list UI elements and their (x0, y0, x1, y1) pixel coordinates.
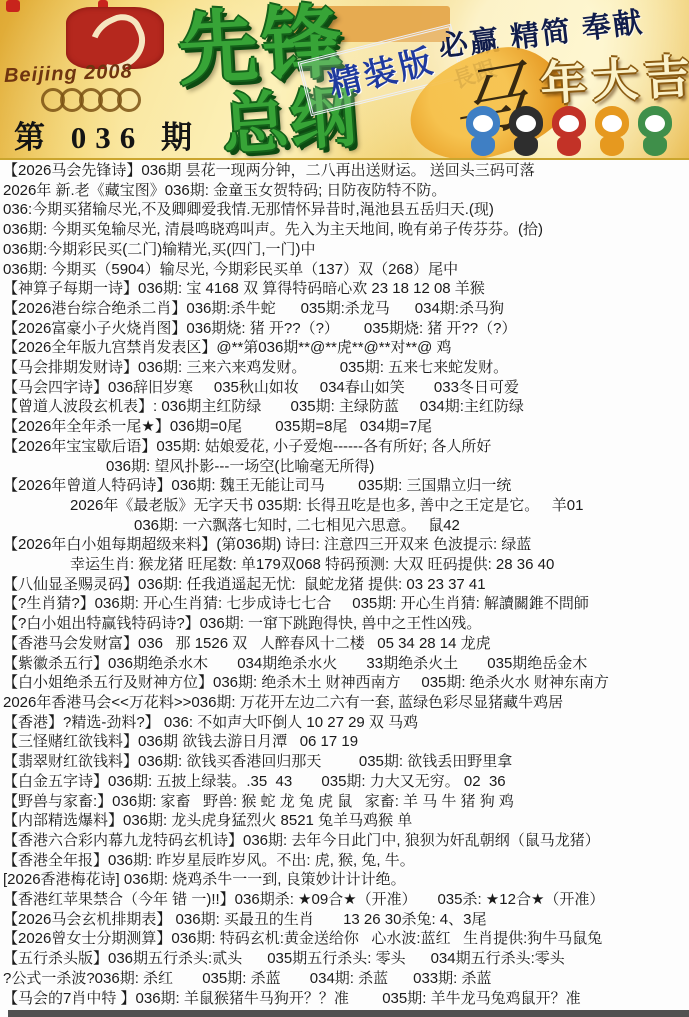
header-banner: Beijing 2008 第 036 期 先锋 总纲 精装版 必赢 精简 奉献 … (0, 0, 689, 160)
fuwa-beibei-icon (466, 106, 500, 156)
text-line: 036期: 今期买（5904）输尽光, 今期彩民买单（137）双（268）尾中 (0, 260, 689, 280)
text-line: 【曾道人波段玄机表】: 036期主红防绿 035期: 主绿防蓝 034期:主红防… (0, 397, 689, 417)
text-line: 【三怪赌红欲钱料】036期 欲钱去游日月潭 06 17 19 (0, 732, 689, 752)
olympic-rings-icon (46, 88, 141, 112)
fuwa-mascots-row (466, 106, 672, 156)
text-line: 【白金五字诗】036期: 五披上绿装。.35 43 035期: 力大又无穷。 0… (0, 772, 689, 792)
text-line: 【内部精选爆料】036期: 龙头虎身猛烈火 8521 兔羊马鸡猴 单 (0, 811, 689, 831)
text-line: 【?生肖猜?】036期: 开心生肖猜: 七步成诗七七合 035期: 开心生肖猜:… (0, 594, 689, 614)
text-line: 【2026马会先锋诗】036期 昙花一现两分钟，二八再出送财运。 送回头三码可落 (0, 161, 689, 181)
text-line: 【2026曾女士分期测算】036期: 特码玄机:黄金送给你 心水波:蓝红 生肖提… (0, 929, 689, 949)
text-line: 2026年《最老版》无字天书 035期: 长得丑吃是也多, 善中之王定是它。 羊… (0, 496, 689, 516)
fuwa-jingjing-icon (509, 106, 543, 156)
tip-sheet-page: Beijing 2008 第 036 期 先锋 总纲 精装版 必赢 精简 奉献 … (0, 0, 689, 1017)
text-line: 【2026全年版九宫禁肖发表区】@**第036期**@**虎**@**对**@ … (0, 338, 689, 358)
new-year-greeting: 年大吉 (538, 40, 689, 114)
text-line: 【白小姐绝杀五行及财神方位】036期: 绝杀木土 财神西南方 035期: 绝杀火… (0, 673, 689, 693)
text-line: 【香港六合彩内幕九龙特码玄机诗】036期: 去年今日此门中, 狼狈为奸乱朝纲（鼠… (0, 831, 689, 851)
text-line: 【2026富豪小子火烧肖图】036期烧: 猪 开??（?） 035期烧: 猪 开… (0, 319, 689, 339)
text-line: 036:今期买猪输尽光,不及卿卿爱我情.无那情怀异昔时,渑池县五岳归天.(现) (0, 200, 689, 220)
bottom-edge-bar (8, 1010, 689, 1017)
text-line: [2026香港梅花诗] 036期: 烧鸡杀牛一一到, 良策妙计计计绝。 (0, 870, 689, 890)
text-line: 【香港全年报】036期: 昨岁星辰昨岁风。不出: 虎, 猴, 兔, 牛。 (0, 851, 689, 871)
text-line: 【香港】?精选-劲料?】 036: 不如声大吓倒人 10 27 29 双 马鸡 (0, 713, 689, 733)
text-line: 【2026年全年杀一尾★】036期=0尾 035期=8尾 034期=7尾 (0, 417, 689, 437)
red-ornament-icon (6, 0, 20, 12)
text-line: 2026年 新.老《藏宝图》036期: 金童玉女贺特码; 日防夜防特不防。 (0, 181, 689, 201)
text-line: 2026年香港马会<<万花料>>036期: 万花开左边二六有一套, 蓝绿色彩尽显… (0, 693, 689, 713)
text-line: 【野兽与家畜:】036期: 家畜 野兽: 猴 蛇 龙 兔 虎 鼠 家畜: 羊 马… (0, 792, 689, 812)
fuwa-nini-icon (638, 106, 672, 156)
fuwa-huanhuan-icon (552, 106, 586, 156)
text-line: 【翡翠财红欲钱料】036期: 欲钱买香港回归那天 035期: 欲钱丢田野里拿 (0, 752, 689, 772)
text-line: 【紫徽杀五行】036期绝杀水木 034期绝杀水火 33期绝杀火土 035期绝岳金… (0, 654, 689, 674)
fuwa-face (559, 115, 579, 132)
text-line: ?公式一杀波?036期: 杀红 035期: 杀蓝 034期: 杀蓝 033期: … (0, 969, 689, 989)
fuwa-face (602, 115, 622, 132)
text-line: 【2026马会玄机排期表】 036期: 买最丑的生肖 13 26 30杀兔: 4… (0, 910, 689, 930)
fuwa-face (473, 115, 493, 132)
text-line: 【2026港台综合绝杀二肖】036期:杀牛蛇 035期:杀龙马 034期:杀马狗 (0, 299, 689, 319)
fuwa-yingying-icon (595, 106, 629, 156)
text-line: 036期: 今期买兔输尽光, 清晨鸣晓鸡叫声。先入为主天地间, 晚有弟子传芬芬。… (0, 220, 689, 240)
olympic-ring-icon (117, 88, 141, 112)
fuwa-face (516, 115, 536, 132)
beijing-2008-wordmark: Beijing 2008 (4, 59, 175, 88)
text-line: 036期:今期彩民买(二门)输精光,买(四门,一门)中 (0, 240, 689, 260)
body-lines: 【2026马会先锋诗】036期 昙花一现两分钟，二八再出送财运。 送回头三码可落… (0, 160, 689, 1010)
fuwa-face (645, 115, 665, 132)
text-line: 【马会排期发财诗】036期: 三来六来鸡发财。 035期: 五来七来蛇发财。 (0, 358, 689, 378)
text-line: 【香港马会发财富】036 那 1526 双 人醉春风十二楼 05 34 28 1… (0, 634, 689, 654)
text-line: 036期: 一六飘落七知时, 二七相见六思意。 鼠42 (0, 516, 689, 536)
text-line: 036期: 望风扑影---一场空(比喻毫无所得) (0, 457, 689, 477)
text-line: 【八仙显圣赐灵码】036期: 任我逍遥起无忧: 鼠蛇龙猪 提供: 03 23 3… (0, 575, 689, 595)
text-line: 【五行杀头版】036期五行杀头:贰头 035期五行杀头: 零头 034期五行杀头… (0, 949, 689, 969)
text-line: 【神算子每期一诗】036期: 宝 4168 双 算得特码暗心欢 23 18 12… (0, 279, 689, 299)
text-line: 【2026年白小姐每期超级来料】(第036期) 诗曰: 注意四三开双来 色波提示… (0, 535, 689, 555)
text-line: 【?白小姐出特赢钱特码诗?】036期: 一窜下跳跑得快, 兽中之王性凶残。 (0, 614, 689, 634)
issue-number-label: 第 036 期 (14, 112, 201, 157)
text-line: 幸运生肖: 猴龙猪 旺尾数: 单179双068 特码预测: 大双 旺码提供: 2… (0, 555, 689, 575)
text-line: 【马会四字诗】036辞旧岁寒 035秋山如妆 034春山如笑 033冬日可爱 (0, 378, 689, 398)
text-line: 【2026年宝宝歇后语】035期: 姑娘爱花, 小子爱炮------各有所好; … (0, 437, 689, 457)
text-line: 【香港红苹果禁合（今年 错 一)!!】036期杀: ★09合★（开准） 035杀… (0, 890, 689, 910)
text-line: 【2026年曾道人特码诗】036期: 魏王无能让司马 035期: 三国鼎立归一统 (0, 476, 689, 496)
text-line: 【马会的7肖中特 】036期: 羊鼠猴猪牛马狗开？？准 035期: 羊牛龙马兔鸡… (0, 989, 689, 1009)
